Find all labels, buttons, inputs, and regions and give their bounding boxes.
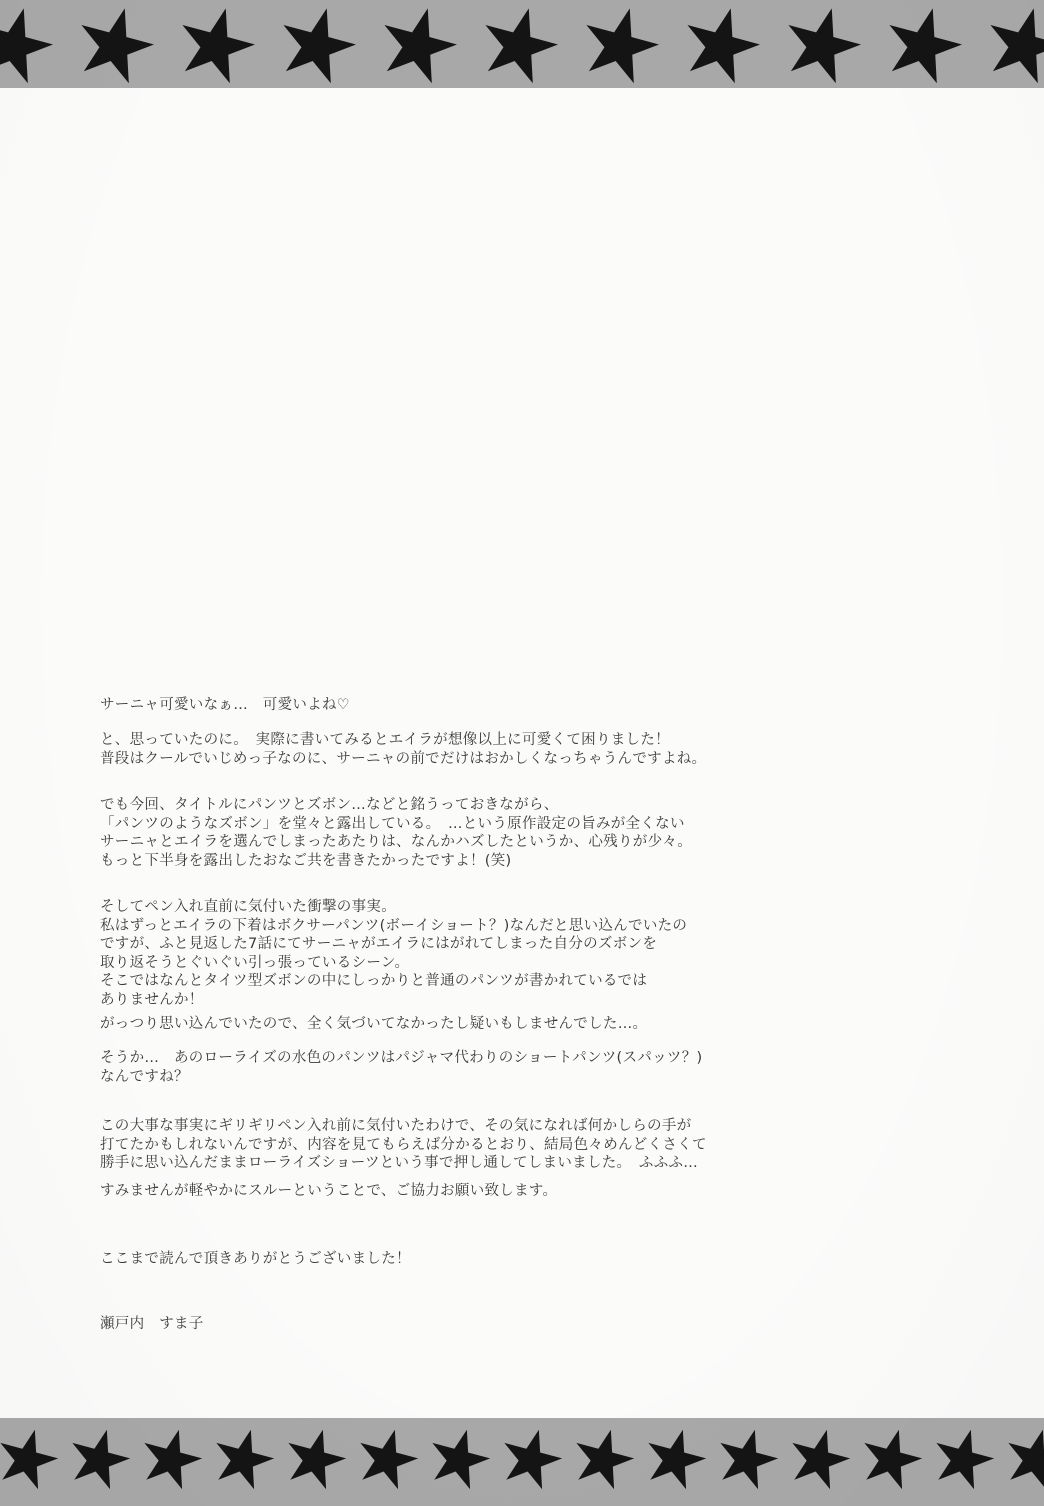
paragraph: ここまで読んで頂きありがとうございました！ <box>100 1250 411 1269</box>
doujin-afterword-page: ★★★★★★★★★★★ サーニャ可愛いなぁ… 可愛いよね♡ と、思っていたのに。… <box>0 0 1044 1506</box>
text-line: と、思っていたのに。 実際に書いてみるとエイラが想像以上に可愛くて困りました！ <box>100 731 706 750</box>
text-line: そこではなんとタイツ型ズボンの中にしっかりと普通のパンツが書かれているでは <box>100 972 687 991</box>
text-line: すみませんが軽やかにスルーということで、ご協力お願い致します。 <box>100 1182 557 1201</box>
star-icon: ★ <box>161 0 271 88</box>
paragraph: と、思っていたのに。 実際に書いてみるとエイラが想像以上に可愛くて困りました！普… <box>100 731 706 768</box>
text-line: サーニャとエイラを選んでしまったあたりは、なんかハズしたというか、心残りが少々。 <box>100 833 692 852</box>
star-border-top: ★★★★★★★★★★★ <box>0 0 1044 88</box>
paragraph: そうか… あのローライズの水色のパンツはパジャマ代わりのショートパンツ(スパッツ… <box>100 1049 702 1086</box>
text-line: サーニャ可愛いなぁ… 可愛いよね♡ <box>100 696 350 715</box>
text-line: 勝手に思い込んだままローライズショーツという事で押し通してしまいました。 ふふふ… <box>100 1154 707 1173</box>
paragraph: この大事な事実にギリギリペン入れ前に気付いたわけで、その気になれば何かしらの手が… <box>100 1117 707 1173</box>
star-icon: ★ <box>565 0 675 88</box>
text-line: 「パンツのようなズボン」を堂々と露出している。 …という原作設定の旨みが全くない <box>100 815 692 834</box>
text-line: なんですね？ <box>100 1068 702 1087</box>
star-icon: ★ <box>262 0 372 88</box>
text-line: 私はずっとエイラの下着はボクサーパンツ(ボーイショート？)なんだと思い込んでいた… <box>100 917 687 936</box>
paragraph: すみませんが軽やかにスルーということで、ご協力お願い致します。 <box>100 1182 557 1201</box>
text-line: 普段はクールでいじめっ子なのに、サーニャの前でだけはおかしくなっちゃうんですよね… <box>100 750 706 769</box>
paragraph: そしてペン入れ直前に気付いた衝撃の事実。私はずっとエイラの下着はボクサーパンツ(… <box>100 898 687 1009</box>
text-line: 取り返そうとぐいぐい引っ張っているシーン。 <box>100 954 687 973</box>
text-line: 打てたかもしれないんですが、内容を見てもらえば分かるとおり、結局色々めんどくさく… <box>100 1136 707 1155</box>
star-icon: ★ <box>969 0 1044 88</box>
star-icon: ★ <box>868 0 978 88</box>
text-line: でも今回、タイトルにパンツとズボン…などと銘うっておきながら、 <box>100 796 692 815</box>
star-icon: ★ <box>363 0 473 88</box>
star-icon: ★ <box>0 0 69 88</box>
text-line: がっつり思い込んでいたので、全く気づいてなかったし疑いもしませんでした…。 <box>100 1015 647 1034</box>
text-line: そしてペン入れ直前に気付いた衝撃の事実。 <box>100 898 687 917</box>
paragraph: でも今回、タイトルにパンツとズボン…などと銘うっておきながら、「パンツのようなズ… <box>100 796 692 870</box>
star-icon: ★ <box>666 0 776 88</box>
star-icon: ★ <box>60 0 170 88</box>
author-signature: 瀬戸内 すま子 <box>100 1315 204 1334</box>
star-icon: ★ <box>464 0 574 88</box>
text-line: この大事な事実にギリギリペン入れ前に気付いたわけで、その気になれば何かしらの手が <box>100 1117 707 1136</box>
paragraph: がっつり思い込んでいたので、全く気づいてなかったし疑いもしませんでした…。 <box>100 1015 647 1034</box>
star-border-bottom: ★★★★★★★★★★★★★★★ <box>0 1418 1044 1506</box>
text-line: もっと下半身を露出したおなご共を書きたかったですよ！(笑) <box>100 852 692 871</box>
text-line: ですが、ふと見返した7話にてサーニャがエイラにはがれてしまった自分のズボンを <box>100 935 687 954</box>
text-line: ここまで読んで頂きありがとうございました！ <box>100 1250 411 1269</box>
text-line: ありませんか！ <box>100 991 687 1010</box>
text-line: そうか… あのローライズの水色のパンツはパジャマ代わりのショートパンツ(スパッツ… <box>100 1049 702 1068</box>
paragraph: サーニャ可愛いなぁ… 可愛いよね♡ <box>100 696 350 715</box>
star-icon: ★ <box>767 0 877 88</box>
